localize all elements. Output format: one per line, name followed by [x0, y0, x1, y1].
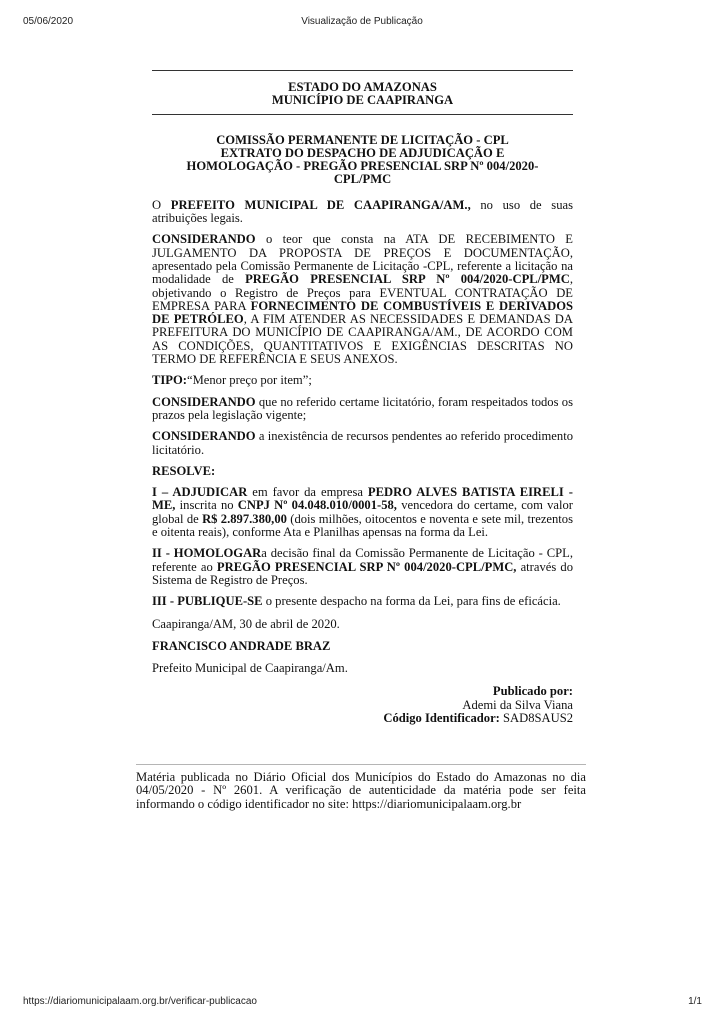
document-title: COMISSÃO PERMANENTE DE LICITAÇÃO - CPL E…	[152, 134, 573, 187]
print-url: https://diariomunicipalaam.org.br/verifi…	[23, 996, 257, 1007]
resolution-item-1: I – ADJUDICAR em favor da empresa PEDRO …	[152, 486, 573, 539]
print-title: Visualização de Publicação	[0, 16, 724, 27]
letterhead-state: ESTADO DO AMAZONAS	[152, 81, 573, 94]
page-number: 1/1	[688, 996, 702, 1007]
considering-paragraph-2: CONSIDERANDO que no referido certame lic…	[152, 396, 573, 423]
considering-paragraph-3: CONSIDERANDO a inexistência de recursos …	[152, 430, 573, 457]
letterhead: ESTADO DO AMAZONAS MUNICÍPIO DE CAAPIRAN…	[152, 71, 573, 114]
print-footer: https://diariomunicipalaam.org.br/verifi…	[0, 996, 724, 1010]
resolve-heading: RESOLVE:	[152, 465, 573, 478]
publication-footnote: Matéria publicada no Diário Oficial dos …	[136, 771, 586, 811]
publication-document: ESTADO DO AMAZONAS MUNICÍPIO DE CAAPIRAN…	[152, 70, 573, 725]
title-line-1: COMISSÃO PERMANENTE DE LICITAÇÃO - CPL	[152, 134, 573, 147]
intro-paragraph: O PREFEITO MUNICIPAL DE CAAPIRANGA/AM., …	[152, 199, 573, 226]
print-header: 05/06/2020 Visualização de Publicação	[0, 16, 724, 30]
title-line-2: EXTRATO DO DESPACHO DE ADJUDICAÇÃO E	[152, 147, 573, 160]
considering-paragraph-1: CONSIDERANDO o teor que consta na ATA DE…	[152, 233, 573, 366]
identifier-code: Código Identificador: SAD8SAUS2	[152, 712, 573, 725]
type-paragraph: TIPO:“Menor preço por item”;	[152, 374, 573, 387]
signatory-name: FRANCISCO ANDRADE BRAZ	[152, 640, 573, 653]
publication-info: Publicado por: Ademi da Silva Viana Códi…	[152, 685, 573, 725]
title-line-3: HOMOLOGAÇÃO - PREGÃO PRESENCIAL SRP Nº 0…	[152, 160, 573, 173]
letterhead-rule	[152, 114, 573, 115]
signatory-role: Prefeito Municipal de Caapiranga/Am.	[152, 662, 573, 675]
publisher-name: Ademi da Silva Viana	[152, 699, 573, 712]
title-line-4: CPL/PMC	[152, 173, 573, 186]
resolution-item-2: II - HOMOLOGARa decisão final da Comissã…	[152, 547, 573, 587]
resolution-item-3: III - PUBLIQUE-SE o presente despacho na…	[152, 595, 573, 608]
place-date: Caapiranga/AM, 30 de abril de 2020.	[152, 618, 573, 631]
letterhead-municipality: MUNICÍPIO DE CAAPIRANGA	[152, 94, 573, 107]
published-by-label: Publicado por:	[152, 685, 573, 698]
footnote-divider	[136, 764, 586, 765]
